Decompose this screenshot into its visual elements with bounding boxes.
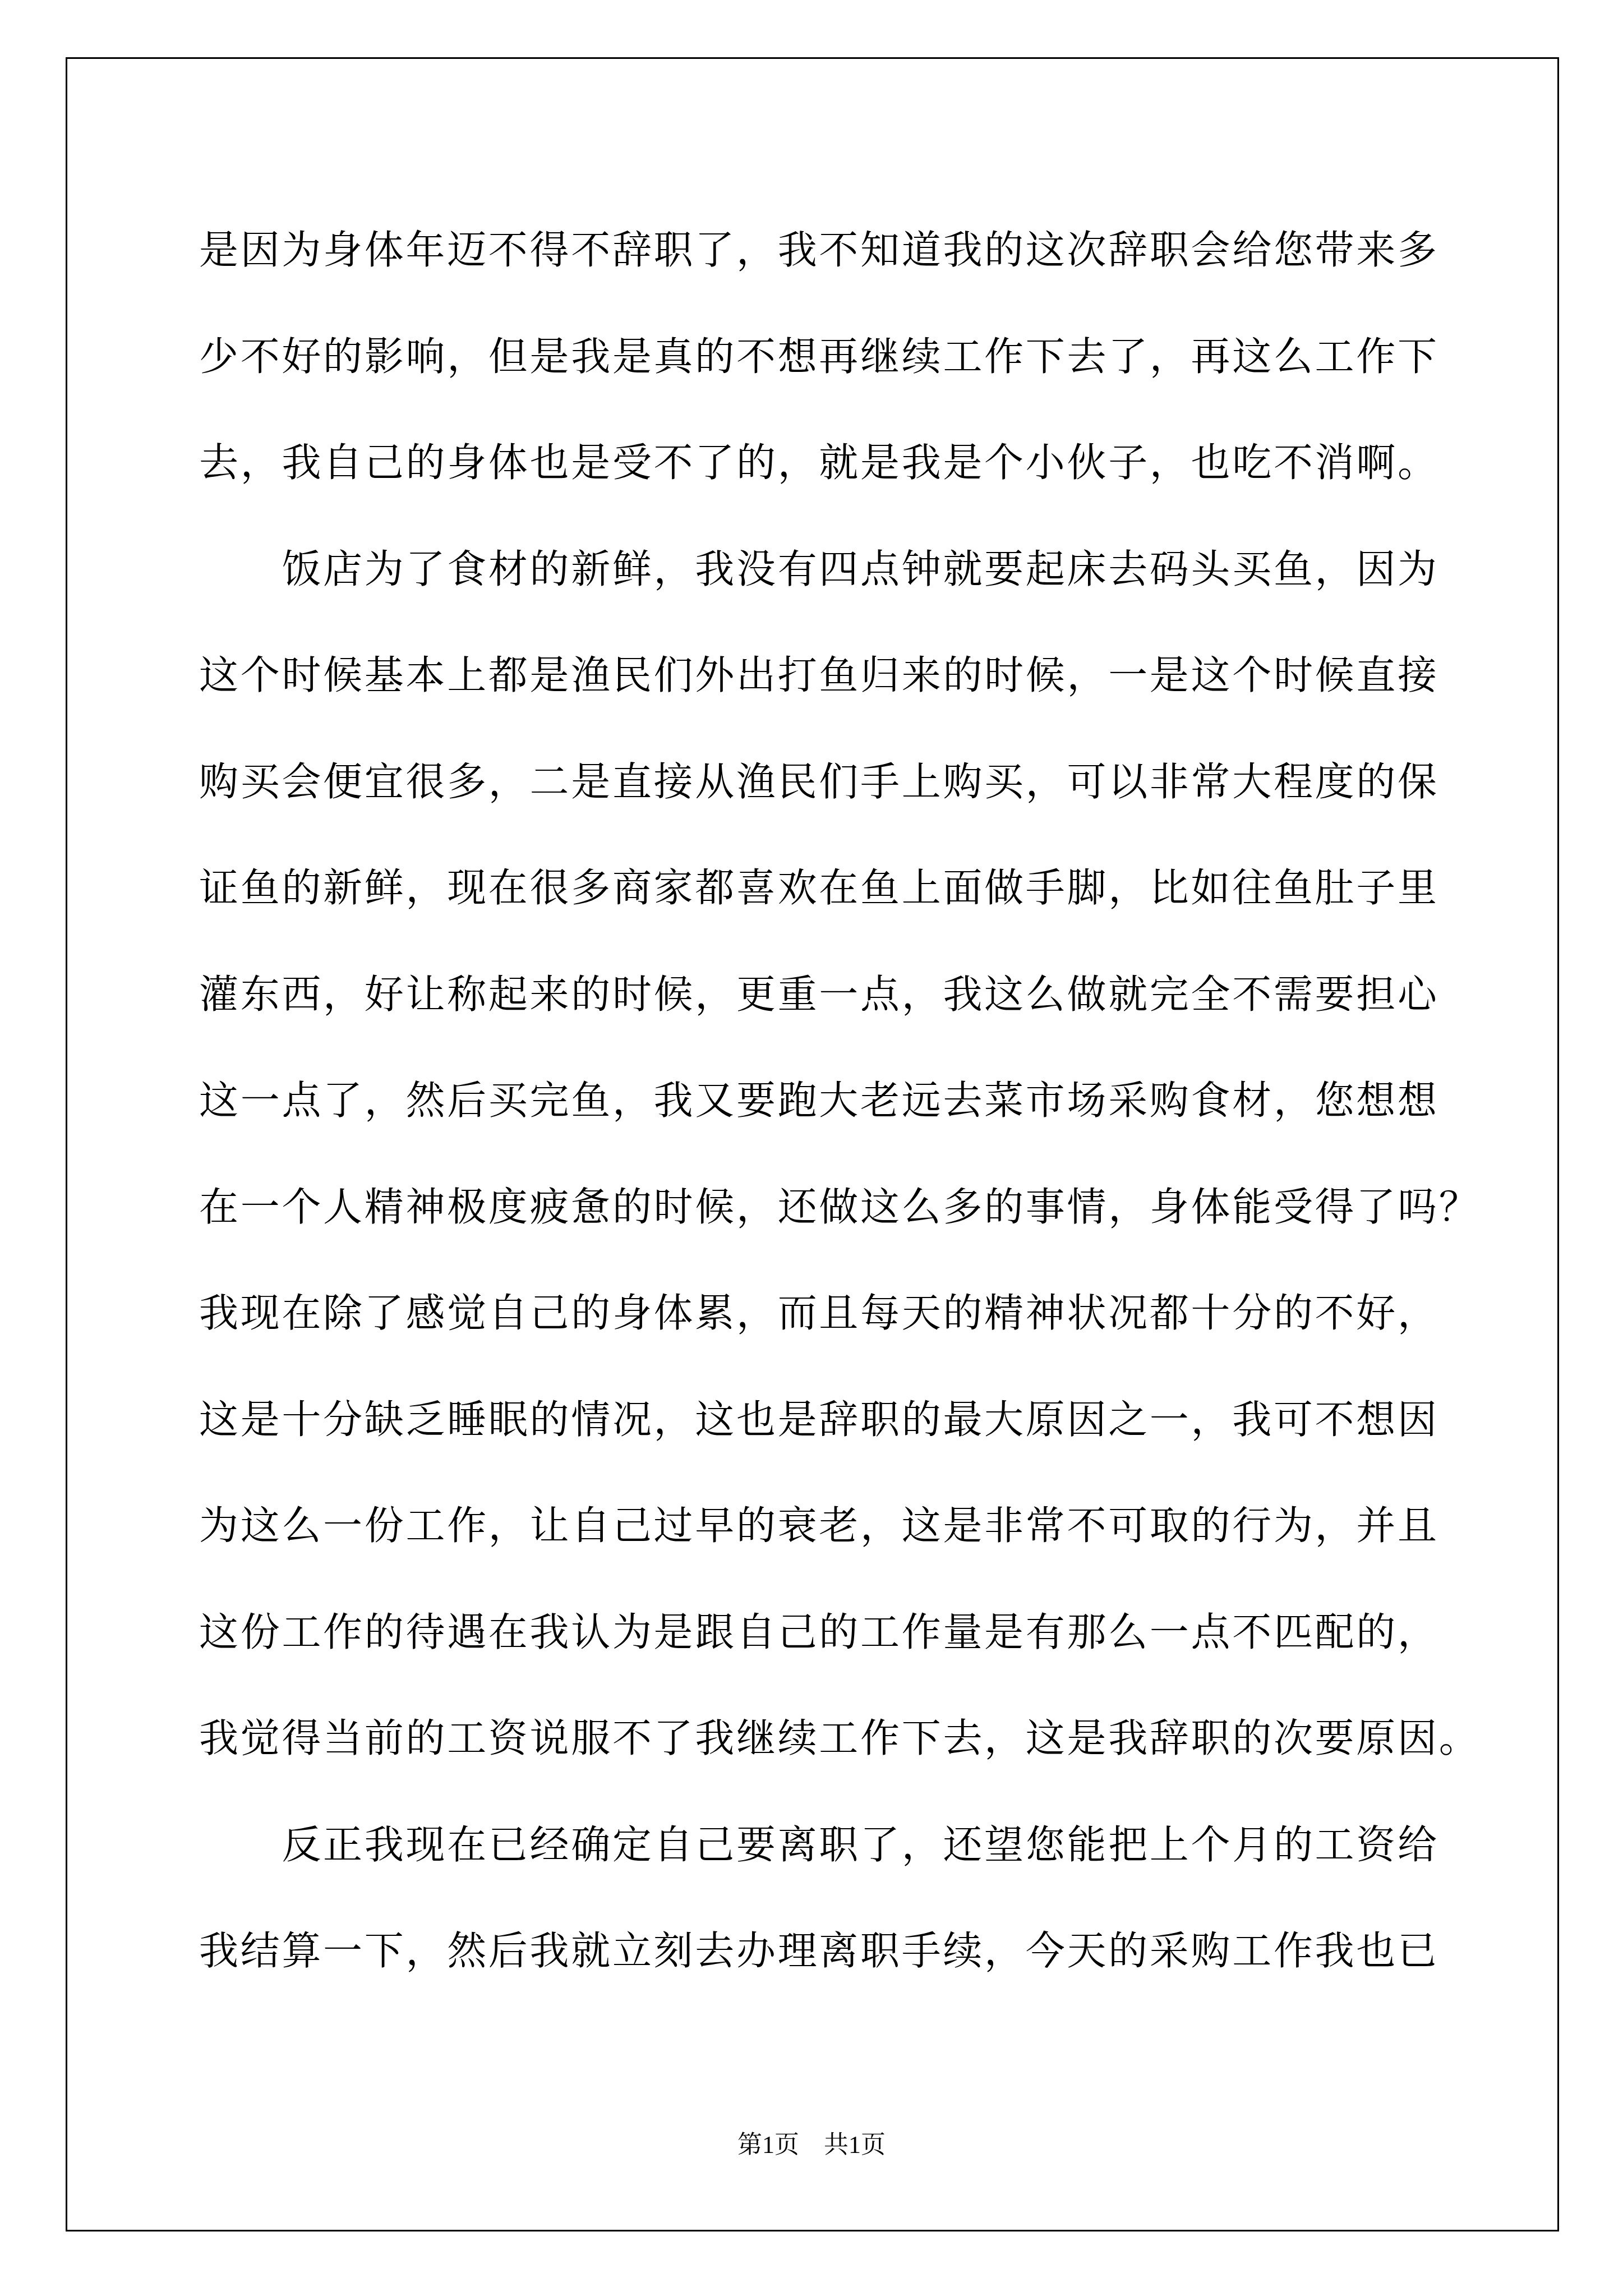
text-line: 证鱼的新鲜，现在很多商家都喜欢在鱼上面做手脚，比如往鱼肚子里 [199, 866, 1439, 910]
total-pages-label: 共1页 [824, 2131, 886, 2159]
text-line: 这个时候基本上都是渔民们外出打鱼归来的时候，一是这个时候直接 [199, 653, 1439, 698]
text-line: 购买会便宜很多，二是直接从渔民们手上购买，可以非常大程度的保 [199, 760, 1439, 804]
text-line: 是因为身体年迈不得不辞职了，我不知道我的这次辞职会给您带来多 [199, 228, 1439, 273]
page-footer: 第1页共1页 [0, 2129, 1623, 2161]
text-line: 反正我现在已经确定自己要离职了，还望您能把上个月的工资给 [282, 1823, 1438, 1867]
text-line: 在一个人精神极度疲惫的时候，还做这么多的事情，身体能受得了吗？ [199, 1185, 1480, 1230]
text-line: 灌东西，好让称起来的时候，更重一点，我这么做就完全不需要担心 [199, 972, 1439, 1017]
text-line: 饭店为了食材的新鲜，我没有四点钟就要起床去码头买鱼，因为 [282, 547, 1438, 592]
current-page-label: 第1页 [737, 2131, 799, 2159]
text-line: 这一点了，然后买完鱼，我又要跑大老远去菜市场采购食材，您想想 [199, 1078, 1439, 1123]
text-line: 这份工作的待遇在我认为是跟自己的工作量是有那么一点不匹配的， [199, 1610, 1439, 1655]
text-line: 为这么一份工作，让自己过早的衰老，这是非常不可取的行为，并且 [199, 1503, 1439, 1548]
text-line: 我结算一下，然后我就立刻去办理离职手续，今天的采购工作我也已 [199, 1929, 1439, 1973]
text-line: 我现在除了感觉自己的身体累，而且每天的精神状况都十分的不好， [199, 1291, 1439, 1336]
text-line: 少不好的影响，但是我是真的不想再继续工作下去了，再这么工作下 [199, 334, 1439, 379]
page-border-frame [66, 57, 1559, 2231]
text-line: 这是十分缺乏睡眠的情况，这也是辞职的最大原因之一，我可不想因 [199, 1397, 1439, 1442]
text-line: 去，我自己的身体也是受不了的，就是我是个小伙子，也吃不消啊。 [199, 440, 1439, 485]
text-line: 我觉得当前的工资说服不了我继续工作下去，这是我辞职的次要原因。 [199, 1716, 1480, 1761]
